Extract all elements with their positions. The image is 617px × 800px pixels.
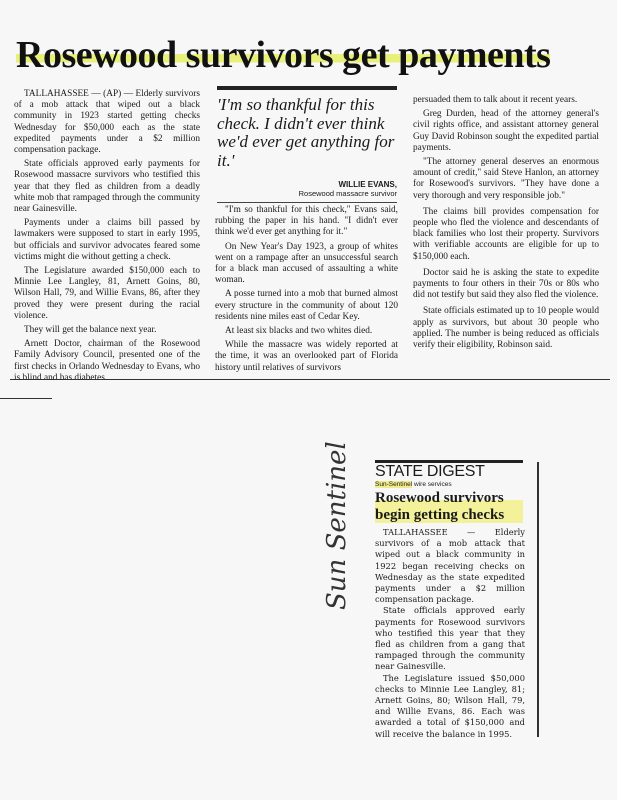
paragraph: While the massacre was widely reported a… [215, 340, 398, 374]
paragraph: On New Year's Day 1923, a group of white… [215, 242, 398, 287]
paragraph: State officials approved early payments … [375, 605, 525, 672]
divider-rule [0, 398, 52, 399]
paragraph: The claims bill provides compensation fo… [413, 207, 599, 263]
paragraph: Payments under a claims bill passed by l… [14, 218, 200, 263]
divider-rule [10, 379, 610, 380]
pull-quote-name: WILLIE EVANS, [217, 180, 397, 189]
handwritten-annotation: Sun Sentinel [322, 441, 352, 610]
digest-body: TALLAHASSEE — Elderly survivors of a mob… [375, 527, 525, 740]
digest-source: Sun-Sentinel wire services [375, 481, 523, 488]
paragraph: A posse turned into a mob that burned al… [215, 289, 398, 323]
paragraph: State officials approved early payments … [14, 159, 200, 215]
pull-quote-text: 'I'm so thankful for this check. I didn'… [217, 96, 397, 170]
article-column-3: persuaded them to talk about it recent y… [413, 95, 599, 354]
digest-label: STATE DIGEST [375, 463, 523, 481]
state-digest-header: STATE DIGEST Sun-Sentinel wire services … [375, 460, 523, 523]
paragraph: "The attorney general deserves an enormo… [413, 157, 599, 202]
paragraph: Greg Durden, head of the attorney genera… [413, 109, 599, 154]
source-highlight: Sun-Sentinel [375, 481, 412, 488]
paragraph: The Legislature awarded $150,000 each to… [14, 266, 200, 322]
pull-quote: 'I'm so thankful for this check. I didn'… [217, 86, 397, 203]
paragraph: They will get the balance next year. [14, 325, 200, 336]
source-rest: wire services [412, 481, 451, 488]
digest-border [537, 462, 539, 737]
article-column-2: "I'm so thankful for this check," Evans … [215, 205, 398, 377]
paragraph: persuaded them to talk about it recent y… [413, 95, 599, 106]
digest-title: Rosewood survivors begin getting checks [375, 490, 523, 523]
paragraph: TALLAHASSEE — (AP) — Elderly survivors o… [14, 89, 200, 156]
pull-quote-role: Rosewood massacre survivor [217, 189, 397, 198]
paragraph: The Legislature issued $50,000 checks to… [375, 673, 525, 740]
article-headline: Rosewood survivors get payments [16, 36, 550, 74]
paragraph: Doctor said he is asking the state to ex… [413, 268, 599, 302]
paragraph: TALLAHASSEE — Elderly survivors of a mob… [375, 527, 525, 605]
paragraph: State officials estimated up to 10 peopl… [413, 306, 599, 351]
paragraph: Arnett Doctor, chairman of the Rosewood … [14, 339, 200, 384]
paragraph: At least six blacks and two whites died. [215, 326, 398, 337]
paragraph: "I'm so thankful for this check," Evans … [215, 205, 398, 239]
article-column-1: TALLAHASSEE — (AP) — Elderly survivors o… [14, 89, 200, 387]
